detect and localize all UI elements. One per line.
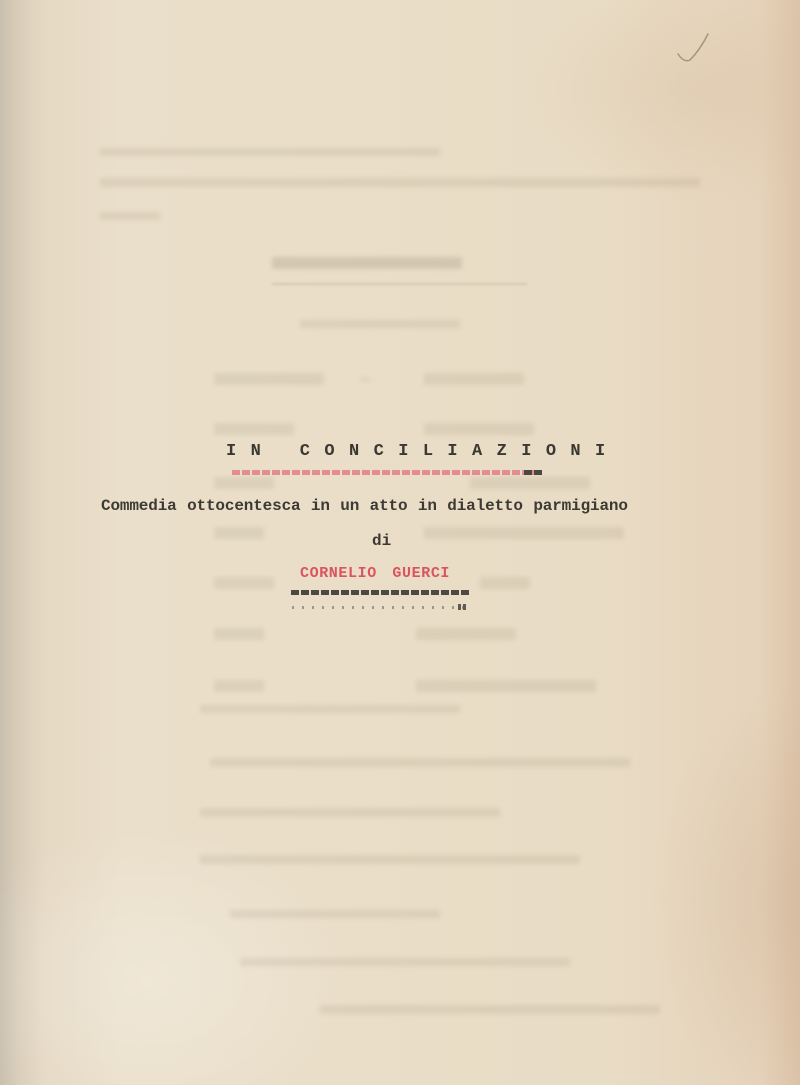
by-label: di (372, 532, 391, 550)
play-title: IN CONCILIAZIONI (226, 442, 620, 461)
play-subtitle: Commedia ottocentesca in un atto in dial… (101, 497, 628, 515)
title-page: IN CONCILIAZIONI Commedia ottocentesca i… (0, 0, 800, 1085)
title-underline-end (524, 470, 542, 475)
author-name: CORNELIO GUERCI (300, 565, 450, 582)
author-dotted-rule (292, 606, 468, 609)
author-underline (291, 590, 471, 595)
author-dotted-rule-end (458, 604, 468, 610)
title-underline (232, 470, 542, 475)
